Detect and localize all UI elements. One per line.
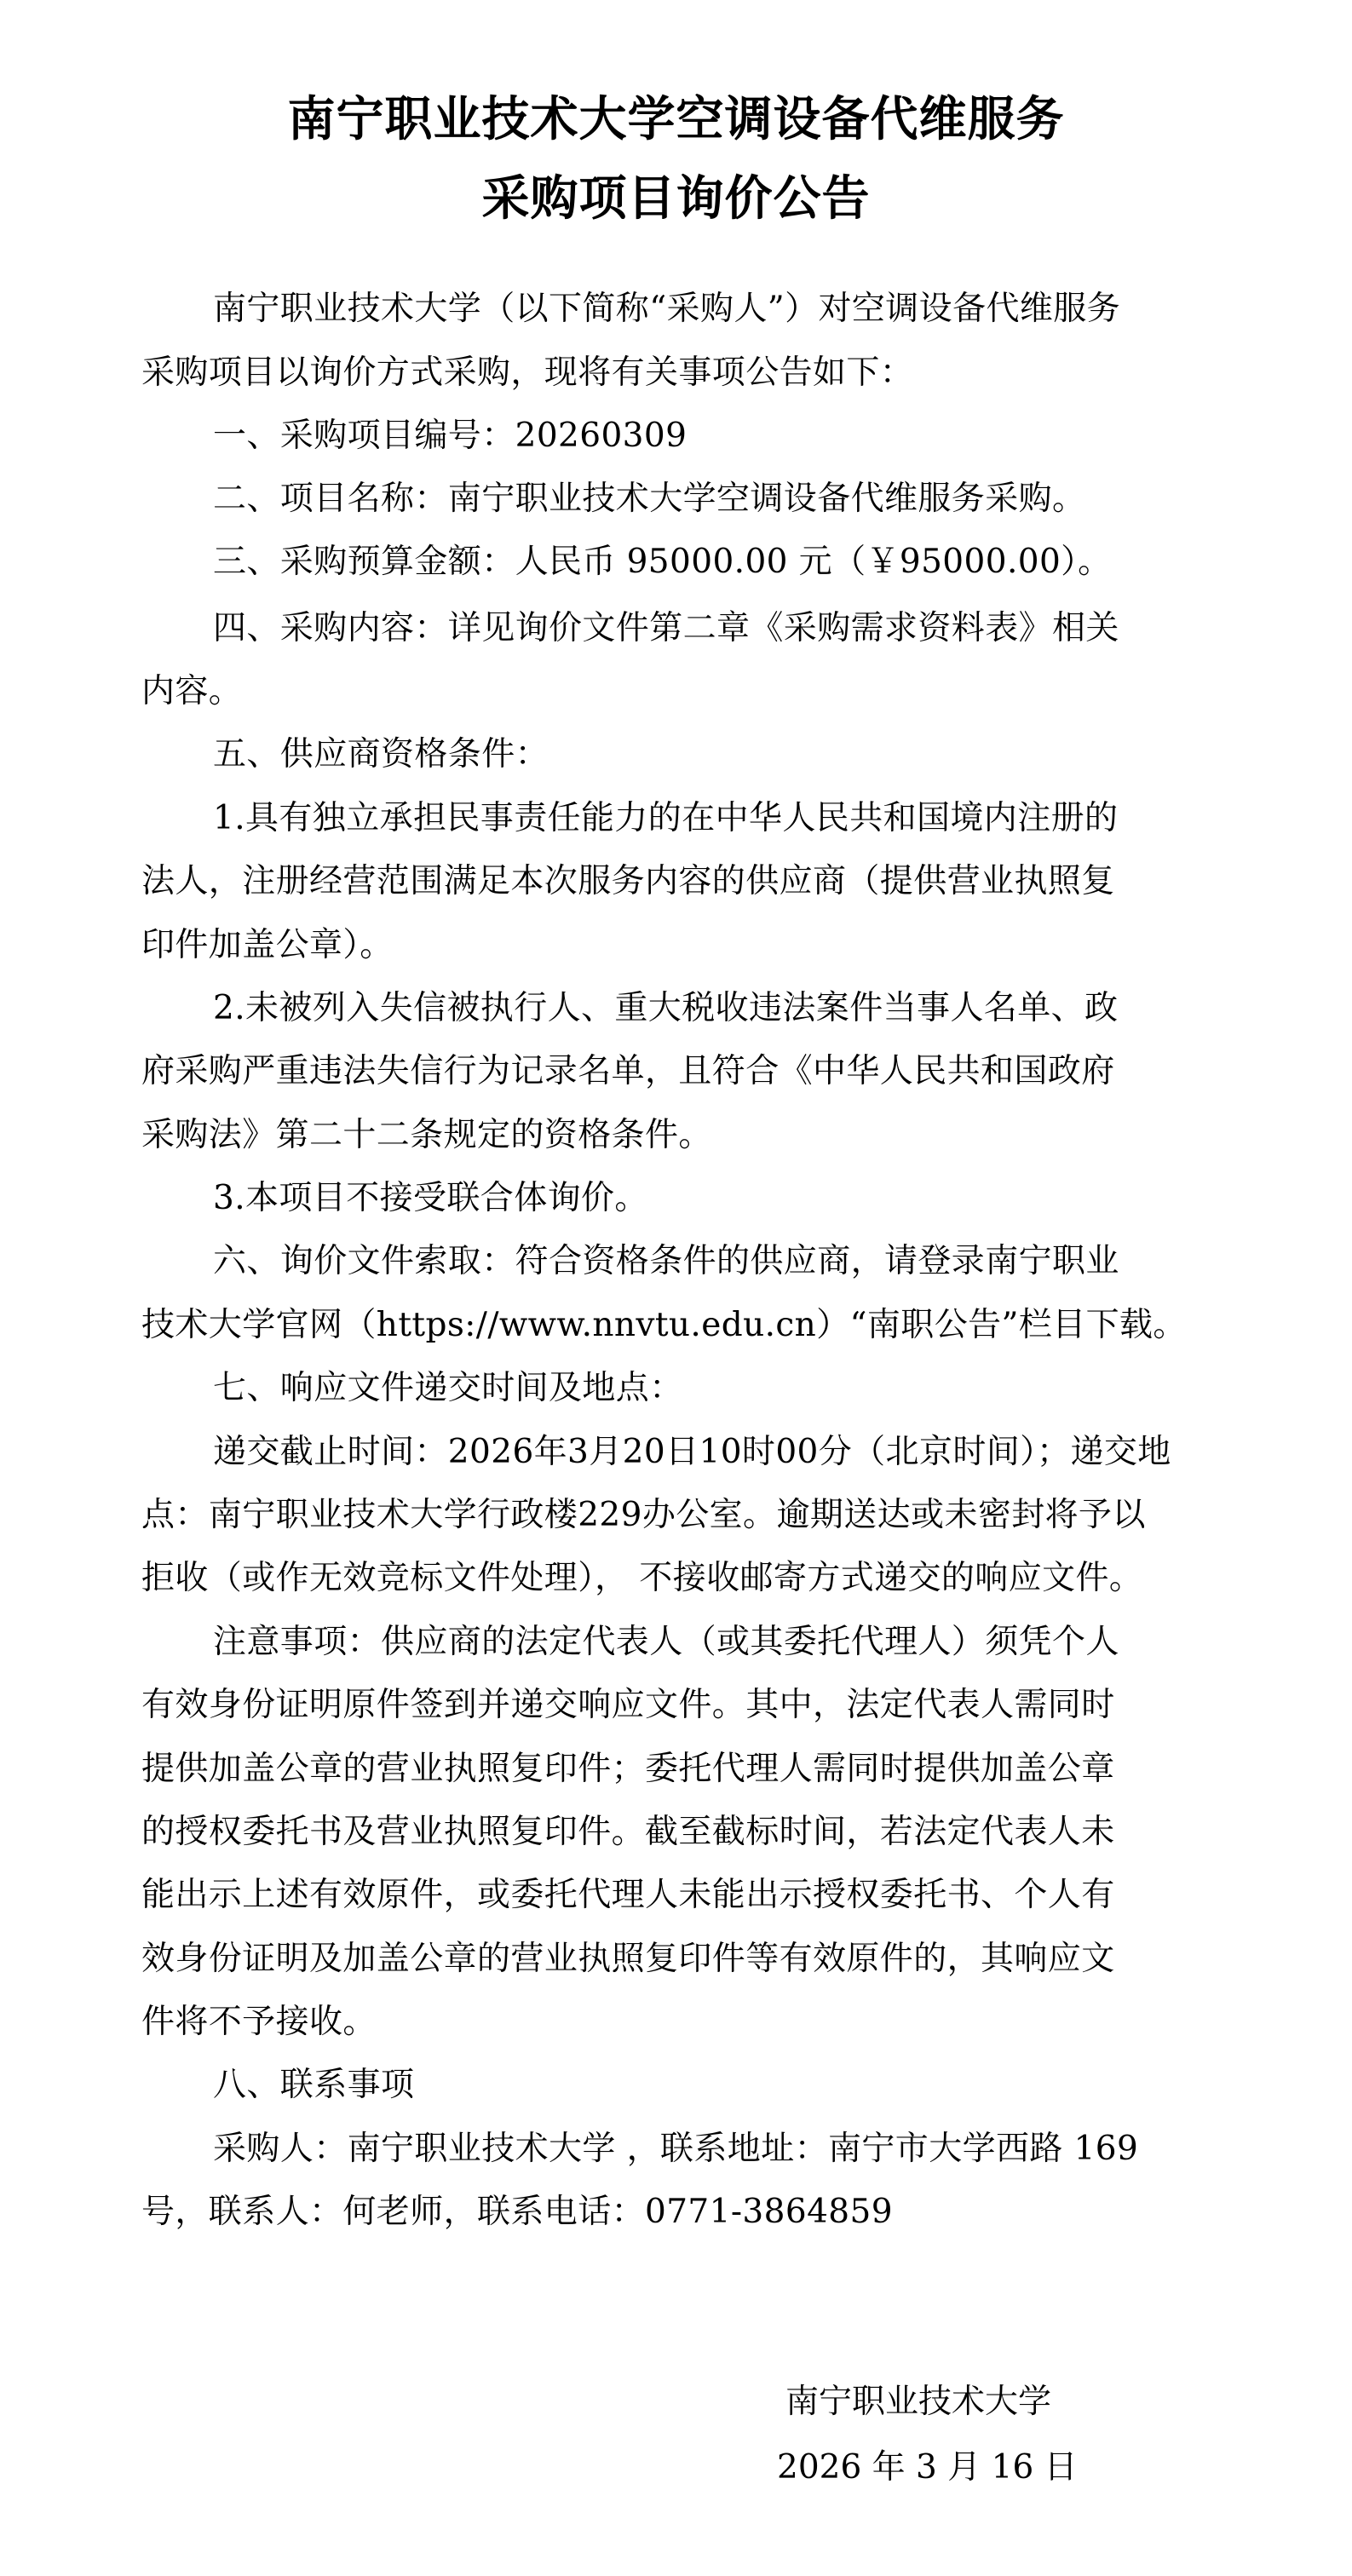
paragraph-line: 件将不予接收。: [141, 2002, 377, 2043]
paragraph-line: 拒收（或作无效竞标文件处理）， 不接收邮寄方式递交的响应文件。: [141, 1558, 1142, 1599]
paragraph-line: 的授权委托书及营业执照复印件。截至截标时间，若法定代表人未: [141, 1812, 1115, 1853]
signature-organization: 南宁职业技术大学: [785, 2382, 1051, 2423]
contact-line: 采购人：南宁职业技术大学 ，联系地址：南宁市大学西路 169: [213, 2129, 1138, 2170]
paragraph-line: 1.具有独立承担民事责任能力的在中华人民共和国境内注册的: [213, 798, 1118, 839]
paragraph-line: 注意事项：供应商的法定代表人（或其委托代理人）须凭个人: [213, 1622, 1119, 1663]
paragraph-line: 有效身份证明原件签到并递交响应文件。其中，法定代表人需同时: [141, 1685, 1115, 1726]
section-heading: 八、联系事项: [213, 2065, 414, 2106]
paragraph-line: 六、询价文件索取：符合资格条件的供应商，请登录南宁职业: [213, 1241, 1119, 1282]
signature-date: 2026 年 3 月 16 日: [777, 2447, 1078, 2488]
paragraph-line: 采购项目以询价方式采购，现将有关事项公告如下：: [141, 353, 913, 394]
paragraph-line: 四、采购内容：详见询价文件第二章《采购需求资料表》相关: [213, 608, 1119, 649]
paragraph-line: 南宁职业技术大学（以下简称“采购人”）对空调设备代维服务: [213, 289, 1120, 330]
contact-line: 号，联系人：何老师，联系电话：0771-3864859: [141, 2192, 893, 2233]
project-name: 二、项目名称：南宁职业技术大学空调设备代维服务采购。: [213, 479, 1085, 520]
title-line-1: 南宁职业技术大学空调设备代维服务: [0, 92, 1352, 147]
title-line-2: 采购项目询价公告: [0, 171, 1352, 226]
deadline-line: 递交截止时间：2026年3月20日10时00分（北京时间）；递交地: [213, 1432, 1171, 1473]
paragraph-line: 能出示上述有效原件，或委托代理人未能出示授权委托书、个人有: [141, 1875, 1115, 1916]
paragraph-line: 3.本项目不接受联合体询价。: [213, 1178, 648, 1219]
paragraph-line: 内容。: [141, 671, 242, 712]
paragraph-line: 印件加盖公章）。: [141, 925, 394, 966]
paragraph-line: 点：南宁职业技术大学行政楼229办公室。逾期送达或未密封将予以: [141, 1495, 1146, 1536]
paragraph-line: 2.未被列入失信被执行人、重大税收违法案件当事人名单、政: [213, 988, 1118, 1029]
paragraph-line: 提供加盖公章的营业执照复印件；委托代理人需同时提供加盖公章: [141, 1749, 1115, 1790]
paragraph-line: 效身份证明及加盖公章的营业执照复印件等有效原件的，其响应文: [141, 1939, 1115, 1980]
project-number: 一、采购项目编号：20260309: [213, 416, 687, 457]
paragraph-line: 采购法》第二十二条规定的资格条件。: [141, 1115, 712, 1156]
section-heading: 五、供应商资格条件：: [213, 734, 549, 775]
section-heading: 七、响应文件递交时间及地点：: [213, 1368, 683, 1409]
paragraph-line: 法人，注册经营范围满足本次服务内容的供应商（提供营业执照复: [141, 861, 1115, 902]
budget-amount: 三、采购预算金额：人民币 95000.00 元（￥95000.00）。: [213, 542, 1111, 583]
paragraph-line: 府采购严重违法失信行为记录名单，且符合《中华人民共和国政府: [141, 1051, 1115, 1092]
website-link-line: 技术大学官网（https://www.nnvtu.edu.cn）“南职公告”栏目…: [141, 1305, 1187, 1346]
